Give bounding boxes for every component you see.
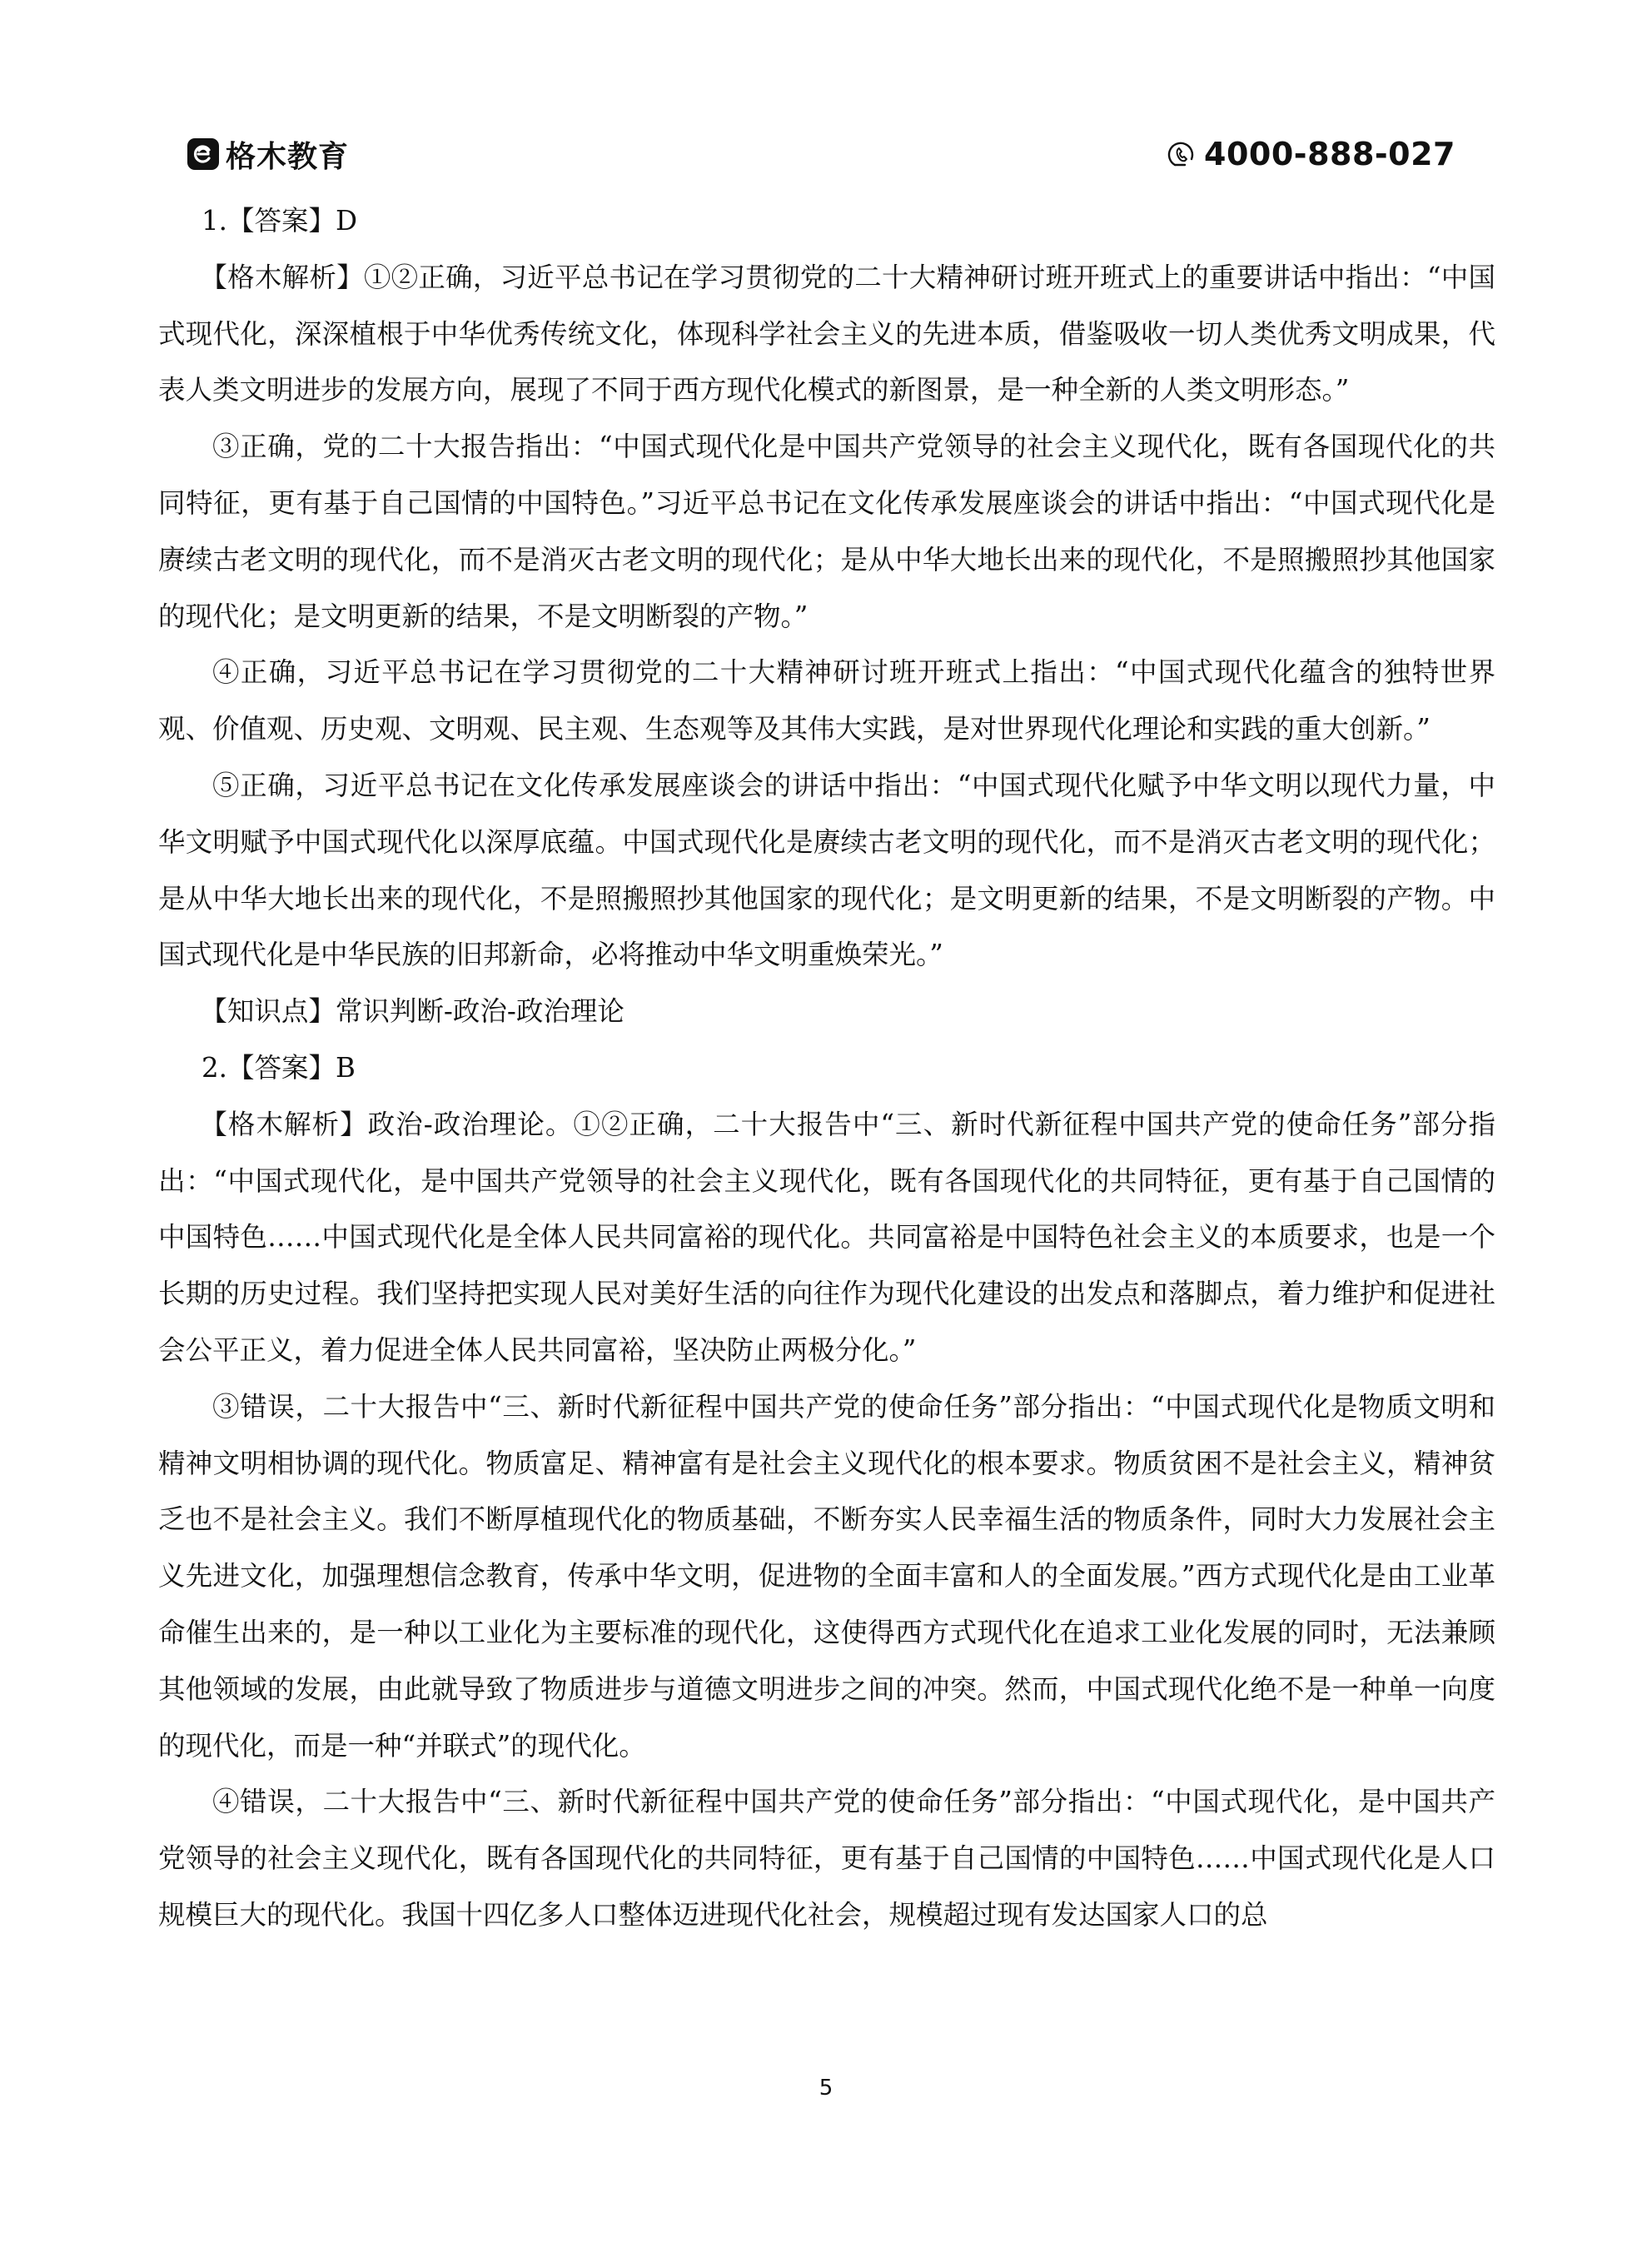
brand: 格木教育	[187, 133, 349, 176]
phone-number: 4000-888-027	[1204, 136, 1455, 172]
brand-logo-e-icon	[187, 138, 219, 170]
page-header: 格木教育 4000-888-027	[187, 133, 1455, 175]
analysis-paragraph: ④错误，二十大报告中“三、新时代新征程中国共产党的使命任务”部分指出：“中国式现…	[158, 1774, 1495, 1943]
analysis-paragraph: 【格木解析】①②正确，习近平总书记在学习贯彻党的二十大精神研讨班开班式上的重要讲…	[158, 250, 1495, 419]
phone-icon	[1166, 138, 1197, 170]
page-number: 5	[0, 2076, 1652, 2101]
question-1: 1.【答案】D 【格木解析】①②正确，习近平总书记在学习贯彻党的二十大精神研讨班…	[158, 193, 1495, 1040]
hotline: 4000-888-027	[1166, 136, 1455, 172]
analysis-paragraph: ③错误，二十大报告中“三、新时代新征程中国共产党的使命任务”部分指出：“中国式现…	[158, 1379, 1495, 1775]
analysis-paragraph: 【格木解析】政治-政治理论。①②正确，二十大报告中“三、新时代新征程中国共产党的…	[158, 1097, 1495, 1379]
knowledge-point: 【知识点】常识判断-政治-政治理论	[158, 984, 1495, 1040]
analysis-paragraph: ⑤正确，习近平总书记在文化传承发展座谈会的讲话中指出：“中国式现代化赋予中华文明…	[158, 758, 1495, 984]
question-2: 2.【答案】B 【格木解析】政治-政治理论。①②正确，二十大报告中“三、新时代新…	[158, 1040, 1495, 1944]
analysis-paragraph: ③正确，党的二十大报告指出：“中国式现代化是中国共产党领导的社会主义现代化，既有…	[158, 419, 1495, 645]
answer-line: 2.【答案】B	[158, 1040, 1495, 1097]
document-body: 1.【答案】D 【格木解析】①②正确，习近平总书记在学习贯彻党的二十大精神研讨班…	[158, 193, 1495, 1944]
analysis-paragraph: ④正确，习近平总书记在学习贯彻党的二十大精神研讨班开班式上指出：“中国式现代化蕴…	[158, 645, 1495, 758]
brand-name: 格木教育	[226, 133, 349, 176]
answer-line: 1.【答案】D	[158, 193, 1495, 250]
